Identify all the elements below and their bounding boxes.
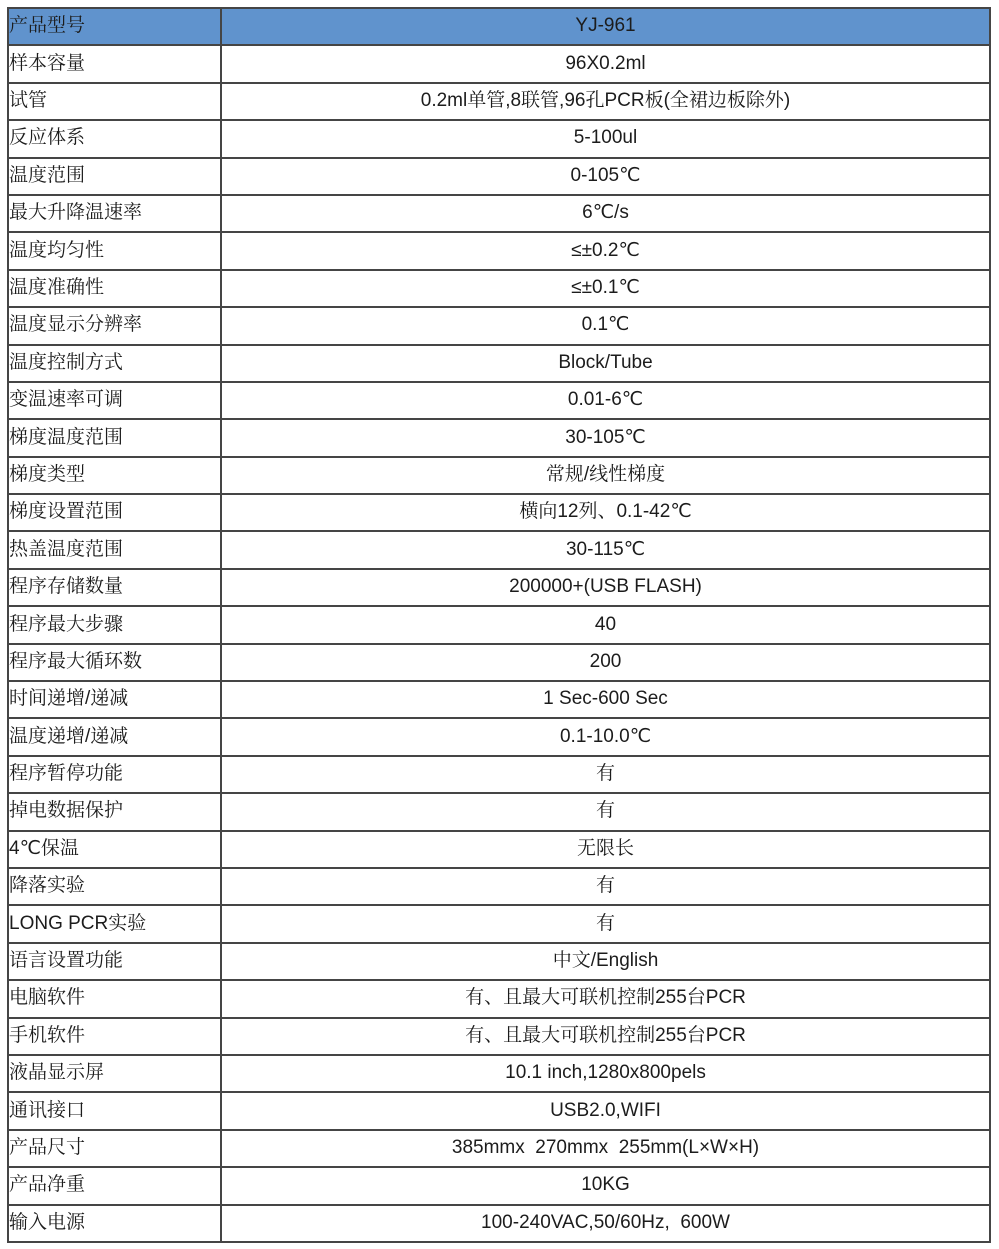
- spec-param-label: 反应体系: [8, 120, 221, 157]
- spec-param-value: 30-105℃: [221, 419, 990, 456]
- spec-param-value: 有、且最大可联机控制255台PCR: [221, 1018, 990, 1055]
- spec-row: 温度准确性≤±0.1℃: [8, 270, 990, 307]
- spec-param-value: 0.01-6℃: [221, 382, 990, 419]
- spec-row: LONG PCR实验有: [8, 905, 990, 942]
- spec-row: 输入电源100-240VAC,50/60Hz, 600W: [8, 1205, 990, 1242]
- spec-param-value: 常规/线性梯度: [221, 457, 990, 494]
- spec-table-body: 产品型号YJ-961样本容量96X0.2ml试管0.2ml单管,8联管,96孔P…: [8, 8, 990, 1242]
- spec-param-value: 6℃/s: [221, 195, 990, 232]
- spec-row: 反应体系5-100ul: [8, 120, 990, 157]
- spec-param-value: ≤±0.2℃: [221, 232, 990, 269]
- spec-param-label: 梯度温度范围: [8, 419, 221, 456]
- spec-param-label: 温度范围: [8, 158, 221, 195]
- spec-param-label: 最大升降温速率: [8, 195, 221, 232]
- spec-param-label: 温度控制方式: [8, 345, 221, 382]
- spec-param-value: 200000+(USB FLASH): [221, 569, 990, 606]
- spec-param-label: 电脑软件: [8, 980, 221, 1017]
- spec-row: 热盖温度范围30-115℃: [8, 531, 990, 568]
- spec-row: 温度范围0-105℃: [8, 158, 990, 195]
- spec-row: 程序最大循环数200: [8, 644, 990, 681]
- spec-param-value: 有、且最大可联机控制255台PCR: [221, 980, 990, 1017]
- spec-param-label: 热盖温度范围: [8, 531, 221, 568]
- spec-param-label: 4℃保温: [8, 831, 221, 868]
- spec-param-label: 程序最大循环数: [8, 644, 221, 681]
- spec-param-label: 梯度类型: [8, 457, 221, 494]
- spec-param-value: 0.1℃: [221, 307, 990, 344]
- spec-param-label: 梯度设置范围: [8, 494, 221, 531]
- spec-param-label: 温度准确性: [8, 270, 221, 307]
- spec-row: 温度递增/递减0.1-10.0℃: [8, 718, 990, 755]
- spec-row: 温度均匀性≤±0.2℃: [8, 232, 990, 269]
- spec-param-value: 10.1 inch,1280x800pels: [221, 1055, 990, 1092]
- spec-param-value: Block/Tube: [221, 345, 990, 382]
- spec-param-value: 有: [221, 793, 990, 830]
- spec-row: 样本容量96X0.2ml: [8, 45, 990, 82]
- spec-param-value: 10KG: [221, 1167, 990, 1204]
- spec-param-value: 0.1-10.0℃: [221, 718, 990, 755]
- spec-param-label: 程序最大步骤: [8, 606, 221, 643]
- spec-row: 液晶显示屏10.1 inch,1280x800pels: [8, 1055, 990, 1092]
- spec-param-value: 0.2ml单管,8联管,96孔PCR板(全裙边板除外): [221, 83, 990, 120]
- spec-param-label: 产品型号: [8, 8, 221, 45]
- spec-row: 4℃保温无限长: [8, 831, 990, 868]
- spec-param-label: 样本容量: [8, 45, 221, 82]
- spec-param-value: 有: [221, 905, 990, 942]
- spec-row: 梯度类型常规/线性梯度: [8, 457, 990, 494]
- spec-param-label: 变温速率可调: [8, 382, 221, 419]
- spec-param-label: LONG PCR实验: [8, 905, 221, 942]
- spec-header-row: 产品型号YJ-961: [8, 8, 990, 45]
- spec-row: 手机软件有、且最大可联机控制255台PCR: [8, 1018, 990, 1055]
- spec-param-label: 产品净重: [8, 1167, 221, 1204]
- spec-param-value: 中文/English: [221, 943, 990, 980]
- spec-param-label: 温度递增/递减: [8, 718, 221, 755]
- spec-row: 程序暂停功能有: [8, 756, 990, 793]
- spec-row: 温度控制方式Block/Tube: [8, 345, 990, 382]
- spec-param-value: USB2.0,WIFI: [221, 1092, 990, 1129]
- spec-param-value: 横向12列、0.1-42℃: [221, 494, 990, 531]
- spec-param-label: 通讯接口: [8, 1092, 221, 1129]
- spec-row: 语言设置功能中文/English: [8, 943, 990, 980]
- spec-row: 掉电数据保护有: [8, 793, 990, 830]
- spec-param-label: 时间递增/递减: [8, 681, 221, 718]
- spec-row: 时间递增/递减1 Sec-600 Sec: [8, 681, 990, 718]
- spec-param-value: 0-105℃: [221, 158, 990, 195]
- spec-param-value: 5-100ul: [221, 120, 990, 157]
- spec-param-value: 100-240VAC,50/60Hz, 600W: [221, 1205, 990, 1242]
- spec-param-label: 掉电数据保护: [8, 793, 221, 830]
- spec-row: 产品净重10KG: [8, 1167, 990, 1204]
- spec-row: 降落实验有: [8, 868, 990, 905]
- spec-param-label: 产品尺寸: [8, 1130, 221, 1167]
- spec-row: 产品尺寸385mmx 270mmx 255mm(L×W×H): [8, 1130, 990, 1167]
- spec-param-value: 有: [221, 756, 990, 793]
- spec-param-label: 语言设置功能: [8, 943, 221, 980]
- spec-param-value: 无限长: [221, 831, 990, 868]
- spec-row: 梯度设置范围横向12列、0.1-42℃: [8, 494, 990, 531]
- spec-row: 电脑软件有、且最大可联机控制255台PCR: [8, 980, 990, 1017]
- spec-param-value: 96X0.2ml: [221, 45, 990, 82]
- spec-param-label: 温度均匀性: [8, 232, 221, 269]
- spec-param-value: 200: [221, 644, 990, 681]
- spec-param-label: 输入电源: [8, 1205, 221, 1242]
- spec-param-value: ≤±0.1℃: [221, 270, 990, 307]
- spec-param-label: 降落实验: [8, 868, 221, 905]
- spec-param-value: 40: [221, 606, 990, 643]
- spec-row: 通讯接口USB2.0,WIFI: [8, 1092, 990, 1129]
- spec-param-value: 有: [221, 868, 990, 905]
- spec-row: 梯度温度范围30-105℃: [8, 419, 990, 456]
- spec-param-label: 手机软件: [8, 1018, 221, 1055]
- spec-param-value: 30-115℃: [221, 531, 990, 568]
- spec-param-value: 1 Sec-600 Sec: [221, 681, 990, 718]
- spec-row: 温度显示分辨率0.1℃: [8, 307, 990, 344]
- spec-row: 程序存储数量200000+(USB FLASH): [8, 569, 990, 606]
- spec-row: 程序最大步骤40: [8, 606, 990, 643]
- spec-param-value: 385mmx 270mmx 255mm(L×W×H): [221, 1130, 990, 1167]
- spec-row: 最大升降温速率6℃/s: [8, 195, 990, 232]
- spec-param-label: 程序存储数量: [8, 569, 221, 606]
- spec-param-label: 试管: [8, 83, 221, 120]
- spec-table: 产品型号YJ-961样本容量96X0.2ml试管0.2ml单管,8联管,96孔P…: [7, 7, 991, 1243]
- spec-param-label: 液晶显示屏: [8, 1055, 221, 1092]
- spec-param-label: 温度显示分辨率: [8, 307, 221, 344]
- spec-param-value: YJ-961: [221, 8, 990, 45]
- spec-row: 变温速率可调0.01-6℃: [8, 382, 990, 419]
- spec-row: 试管0.2ml单管,8联管,96孔PCR板(全裙边板除外): [8, 83, 990, 120]
- spec-param-label: 程序暂停功能: [8, 756, 221, 793]
